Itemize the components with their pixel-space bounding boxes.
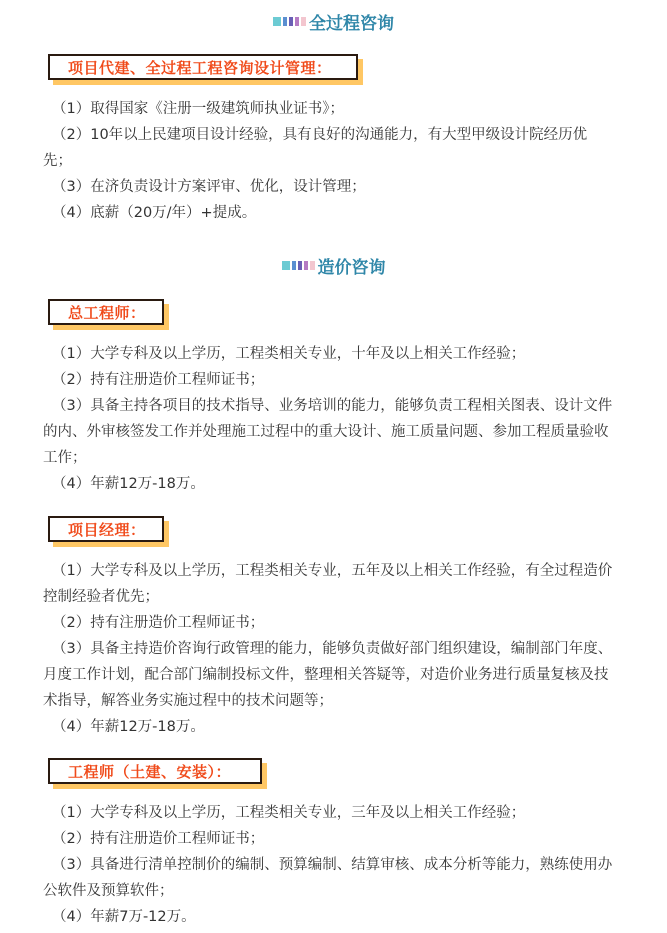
requirement-item: （3）具备主持造价咨询行政管理的能力，能够负责做好部门组织建设，编制部门年度、月… — [43, 636, 613, 714]
requirements-list: （1）大学专科及以上学历，工程类相关专业，三年及以上相关工作经验； （2）持有注… — [43, 800, 613, 930]
decorative-bars-icon — [282, 261, 315, 270]
requirement-item: （4）底薪（20万/年）+提成。 — [43, 200, 613, 226]
position-label-box: 工程师（土建、安装）： — [48, 758, 262, 784]
decorative-bars-icon — [273, 17, 306, 26]
requirement-item: （4）年薪7万-12万。 — [43, 904, 613, 930]
position-label: 总工程师： — [68, 302, 146, 323]
position-label: 工程师（土建、安装）： — [68, 761, 231, 782]
requirement-item: （3）在济负责设计方案评审、优化，设计管理； — [43, 174, 613, 200]
position-label: 项目经理： — [68, 519, 146, 540]
requirement-item: （2）10年以上民建项目设计经验，具有良好的沟通能力，有大型甲级设计院经历优先； — [43, 122, 613, 174]
requirement-item: （1）大学专科及以上学历，工程类相关专业，十年及以上相关工作经验； — [43, 341, 613, 367]
requirement-item: （1）大学专科及以上学历，工程类相关专业，三年及以上相关工作经验； — [43, 800, 613, 826]
requirements-list: （1）大学专科及以上学历，工程类相关专业，五年及以上相关工作经验，有全过程造价控… — [43, 558, 613, 740]
requirement-item: （1）大学专科及以上学历，工程类相关专业，五年及以上相关工作经验，有全过程造价控… — [43, 558, 613, 610]
section-header-cost-consulting: 造价咨询 — [0, 253, 667, 277]
requirement-item: （3）具备进行清单控制价的编制、预算编制、结算审核、成本分析等能力，熟练使用办公… — [43, 852, 613, 904]
requirement-item: （2）持有注册造价工程师证书； — [43, 826, 613, 852]
section-title: 全过程咨询 — [309, 9, 394, 34]
position-label-box: 项目经理： — [48, 516, 164, 542]
requirements-list: （1）取得国家《注册一级建筑师执业证书》； （2）10年以上民建项目设计经验，具… — [43, 96, 613, 226]
requirement-item: （4）年薪12万-18万。 — [43, 471, 613, 497]
requirement-item: （4）年薪12万-18万。 — [43, 714, 613, 740]
section-header-full-process: 全过程咨询 — [0, 9, 667, 33]
requirement-item: （1）取得国家《注册一级建筑师执业证书》； — [43, 96, 613, 122]
position-label-box: 项目代建、全过程工程咨询设计管理： — [48, 54, 358, 80]
position-label: 项目代建、全过程工程咨询设计管理： — [68, 57, 332, 78]
requirements-list: （1）大学专科及以上学历，工程类相关专业，十年及以上相关工作经验； （2）持有注… — [43, 341, 613, 497]
requirement-item: （2）持有注册造价工程师证书； — [43, 610, 613, 636]
section-title: 造价咨询 — [318, 253, 386, 278]
requirement-item: （2）持有注册造价工程师证书； — [43, 367, 613, 393]
position-label-box: 总工程师： — [48, 299, 164, 325]
requirement-item: （3）具备主持各项目的技术指导、业务培训的能力，能够负责工程相关图表、设计文件的… — [43, 393, 613, 471]
